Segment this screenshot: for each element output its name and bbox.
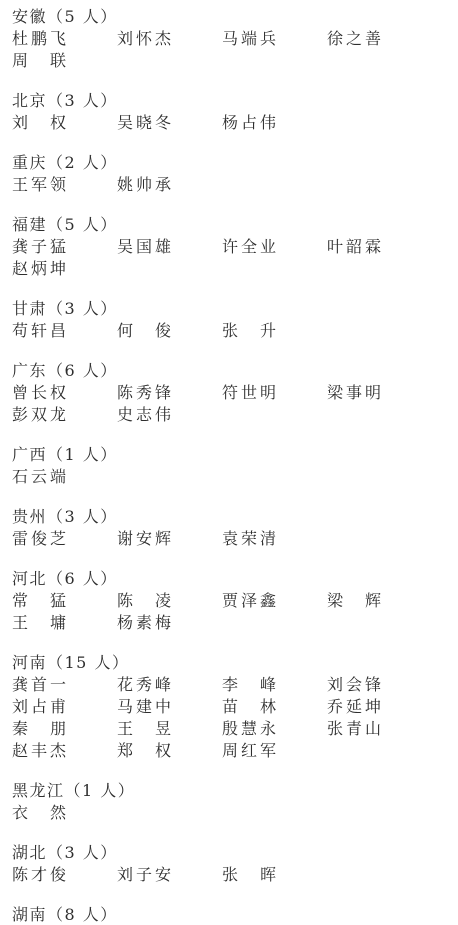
member-name: 龚子猛	[12, 236, 66, 258]
member-name: 陈秀锋	[117, 382, 171, 404]
name-character: 徐	[327, 28, 343, 50]
name-character: 刘	[12, 696, 28, 718]
member-name: 李峰	[222, 674, 276, 696]
name-character: 猛	[50, 236, 66, 258]
name-cell: 杜鹏飞	[12, 28, 117, 50]
name-character: 昌	[50, 320, 66, 342]
member-name: 贾泽鑫	[222, 590, 276, 612]
name-character: 龚	[12, 236, 28, 258]
member-name: 吴国雄	[117, 236, 171, 258]
member-name: 刘子安	[117, 864, 171, 886]
name-character: 锋	[365, 674, 381, 696]
name-cell: 郑权	[117, 740, 222, 762]
member-name: 王军领	[12, 174, 66, 196]
name-cell: 史志伟	[117, 404, 222, 426]
name-cell: 陈凌	[117, 590, 222, 612]
member-name: 郑权	[117, 740, 171, 762]
name-row: 龚子猛吴国雄许全业叶韶霖	[12, 236, 458, 258]
name-character: 善	[365, 28, 381, 50]
name-character: 乔	[327, 696, 343, 718]
name-character: 张	[327, 718, 343, 740]
province-block: 广东（6 人）曾长权陈秀锋符世明梁事明彭双龙史志伟	[12, 360, 458, 426]
name-character: 赵	[12, 258, 28, 280]
name-character: 一	[50, 674, 66, 696]
member-name: 赵炳坤	[12, 258, 66, 280]
name-character: 荣	[241, 528, 257, 550]
name-cell: 何俊	[117, 320, 222, 342]
name-cell: 吴晓冬	[117, 112, 222, 134]
name-character: 龚	[12, 674, 28, 696]
name-character: 秀	[136, 382, 152, 404]
name-character: 鹏	[31, 28, 47, 50]
name-character: 轩	[31, 320, 47, 342]
name-character: 安	[136, 528, 152, 550]
document-page: 安徽（5 人）杜鹏飞刘怀杰马端兵徐之善周联北京（3 人）刘权吴晓冬杨占伟重庆（2…	[0, 0, 458, 925]
name-character: 叶	[327, 236, 343, 258]
member-name: 吴晓冬	[117, 112, 171, 134]
name-character: 猛	[50, 590, 66, 612]
name-character: 李	[222, 674, 238, 696]
name-character: 事	[346, 382, 362, 404]
name-character: 永	[260, 718, 276, 740]
name-character: 坤	[365, 696, 381, 718]
name-character: 陈	[117, 590, 133, 612]
name-character: 昱	[155, 718, 171, 740]
name-cell: 刘占甫	[12, 696, 117, 718]
member-name: 史志伟	[117, 404, 171, 426]
name-character: 杨	[222, 112, 238, 134]
name-cell: 张升	[222, 320, 327, 342]
province-header: 安徽（5 人）	[12, 6, 458, 28]
name-character: 赵	[12, 740, 28, 762]
province-block: 重庆（2 人）王军领姚帅承	[12, 152, 458, 196]
member-name: 龚首一	[12, 674, 66, 696]
province-block: 广西（1 人）石云端	[12, 444, 458, 488]
member-name: 石云端	[12, 466, 66, 488]
name-character: 锋	[155, 382, 171, 404]
member-name: 王墉	[12, 612, 66, 634]
name-cell: 谢安辉	[117, 528, 222, 550]
name-character: 占	[31, 696, 47, 718]
name-character: 山	[365, 718, 381, 740]
name-cell: 周红军	[222, 740, 327, 762]
name-row: 曾长权陈秀锋符世明梁事明	[12, 382, 458, 404]
member-name: 曾长权	[12, 382, 66, 404]
name-character: 飞	[50, 28, 66, 50]
name-cell: 吴国雄	[117, 236, 222, 258]
member-name: 杨素梅	[117, 612, 171, 634]
member-name: 刘占甫	[12, 696, 66, 718]
name-row: 赵丰杰郑权周红军	[12, 740, 458, 762]
name-character: 领	[50, 174, 66, 196]
province-block: 河北（6 人）常猛陈凌贾泽鑫梁辉王墉杨素梅	[12, 568, 458, 634]
province-block: 湖南（8 人）	[12, 904, 458, 925]
name-character: 雄	[155, 236, 171, 258]
name-character: 刘	[327, 674, 343, 696]
name-character: 袁	[222, 528, 238, 550]
name-character: 丰	[31, 740, 47, 762]
name-character: 杜	[12, 28, 28, 50]
name-character: 伟	[260, 112, 276, 134]
province-block: 湖北（3 人）陈才俊刘子安张晖	[12, 842, 458, 886]
province-header: 黑龙江（1 人）	[12, 780, 458, 802]
name-character: 俊	[50, 864, 66, 886]
member-name: 符世明	[222, 382, 276, 404]
name-character: 云	[31, 466, 47, 488]
member-name: 张青山	[327, 718, 381, 740]
name-row: 陈才俊刘子安张晖	[12, 864, 458, 886]
name-character: 然	[50, 802, 66, 824]
name-cell: 贾泽鑫	[222, 590, 327, 612]
name-cell: 马建中	[117, 696, 222, 718]
name-cell: 陈秀锋	[117, 382, 222, 404]
name-cell: 陈才俊	[12, 864, 117, 886]
name-character: 王	[117, 718, 133, 740]
name-character: 王	[12, 174, 28, 196]
name-character: 怀	[136, 28, 152, 50]
province-header: 湖南（8 人）	[12, 904, 458, 925]
member-name: 刘会锋	[327, 674, 381, 696]
member-name: 赵丰杰	[12, 740, 66, 762]
name-character: 张	[222, 320, 238, 342]
name-character: 权	[50, 382, 66, 404]
name-row: 周联	[12, 50, 458, 72]
name-row: 赵炳坤	[12, 258, 458, 280]
province-header: 北京（3 人）	[12, 90, 458, 112]
member-name: 陈凌	[117, 590, 171, 612]
member-name: 乔延坤	[327, 696, 381, 718]
name-character: 朋	[50, 718, 66, 740]
name-cell: 刘子安	[117, 864, 222, 886]
province-header: 甘肃（3 人）	[12, 298, 458, 320]
name-row: 苟轩昌何俊张升	[12, 320, 458, 342]
name-character: 晖	[260, 864, 276, 886]
name-cell: 叶韶霖	[327, 236, 432, 258]
name-character: 慧	[241, 718, 257, 740]
name-character: 姚	[117, 174, 133, 196]
province-block: 福建（5 人）龚子猛吴国雄许全业叶韶霖赵炳坤	[12, 214, 458, 280]
member-name: 殷慧永	[222, 718, 276, 740]
name-character: 梁	[327, 382, 343, 404]
name-character: 安	[155, 864, 171, 886]
name-character: 周	[12, 50, 28, 72]
name-cell: 姚帅承	[117, 174, 222, 196]
name-character: 子	[136, 864, 152, 886]
name-character: 权	[155, 740, 171, 762]
name-cell: 张晖	[222, 864, 327, 886]
name-character: 殷	[222, 718, 238, 740]
name-character: 兵	[260, 28, 276, 50]
name-cell: 杨占伟	[222, 112, 327, 134]
name-character: 全	[241, 236, 257, 258]
name-character: 明	[260, 382, 276, 404]
name-cell: 刘权	[12, 112, 117, 134]
name-row: 彭双龙史志伟	[12, 404, 458, 426]
name-character: 吴	[117, 112, 133, 134]
name-character: 梁	[327, 590, 343, 612]
name-character: 志	[136, 404, 152, 426]
name-cell: 赵炳坤	[12, 258, 117, 280]
name-character: 端	[241, 28, 257, 50]
name-character: 双	[31, 404, 47, 426]
name-character: 延	[346, 696, 362, 718]
province-block: 黑龙江（1 人）衣然	[12, 780, 458, 824]
name-character: 刘	[12, 112, 28, 134]
name-character: 张	[222, 864, 238, 886]
province-header: 重庆（2 人）	[12, 152, 458, 174]
name-character: 俊	[155, 320, 171, 342]
name-cell: 秦朋	[12, 718, 117, 740]
member-name: 杜鹏飞	[12, 28, 66, 50]
name-character: 国	[136, 236, 152, 258]
province-header: 河南（15 人）	[12, 652, 458, 674]
name-character: 雷	[12, 528, 28, 550]
province-block: 甘肃（3 人）苟轩昌何俊张升	[12, 298, 458, 342]
name-character: 史	[117, 404, 133, 426]
name-row: 雷俊芝谢安辉袁荣清	[12, 528, 458, 550]
name-character: 承	[155, 174, 171, 196]
name-character: 秦	[12, 718, 28, 740]
name-character: 石	[12, 466, 28, 488]
name-character: 帅	[136, 174, 152, 196]
name-cell: 刘会锋	[327, 674, 432, 696]
name-character: 霖	[365, 236, 381, 258]
name-cell: 衣然	[12, 802, 117, 824]
name-character: 郑	[117, 740, 133, 762]
name-cell: 龚首一	[12, 674, 117, 696]
name-character: 谢	[117, 528, 133, 550]
name-cell: 苗林	[222, 696, 327, 718]
province-header: 河北（6 人）	[12, 568, 458, 590]
province-header: 贵州（3 人）	[12, 506, 458, 528]
name-character: 子	[31, 236, 47, 258]
name-character: 权	[50, 112, 66, 134]
name-character: 杰	[50, 740, 66, 762]
name-character: 泽	[241, 590, 257, 612]
name-character: 许	[222, 236, 238, 258]
name-character: 才	[31, 864, 47, 886]
name-row: 石云端	[12, 466, 458, 488]
member-name: 常猛	[12, 590, 66, 612]
name-row: 衣然	[12, 802, 458, 824]
name-character: 王	[12, 612, 28, 634]
member-name: 张升	[222, 320, 276, 342]
province-header: 湖北（3 人）	[12, 842, 458, 864]
name-cell: 雷俊芝	[12, 528, 117, 550]
name-character: 周	[222, 740, 238, 762]
name-character: 花	[117, 674, 133, 696]
name-row: 王墉杨素梅	[12, 612, 458, 634]
name-cell: 张青山	[327, 718, 432, 740]
name-character: 炳	[31, 258, 47, 280]
name-cell: 梁辉	[327, 590, 432, 612]
name-character: 凌	[155, 590, 171, 612]
name-row: 刘权吴晓冬杨占伟	[12, 112, 458, 134]
name-cell: 李峰	[222, 674, 327, 696]
name-cell: 王昱	[117, 718, 222, 740]
name-character: 军	[260, 740, 276, 762]
name-row: 龚首一花秀峰李峰刘会锋	[12, 674, 458, 696]
province-header: 福建（5 人）	[12, 214, 458, 236]
name-character: 贾	[222, 590, 238, 612]
name-character: 素	[136, 612, 152, 634]
name-character: 彭	[12, 404, 28, 426]
name-character: 马	[117, 696, 133, 718]
name-character: 晓	[136, 112, 152, 134]
name-character: 吴	[117, 236, 133, 258]
member-name: 梁事明	[327, 382, 381, 404]
name-character: 龙	[50, 404, 66, 426]
name-row: 杜鹏飞刘怀杰马端兵徐之善	[12, 28, 458, 50]
province-block: 河南（15 人）龚首一花秀峰李峰刘会锋刘占甫马建中苗林乔延坤秦朋王昱殷慧永张青山…	[12, 652, 458, 762]
member-name: 王昱	[117, 718, 171, 740]
member-name: 谢安辉	[117, 528, 171, 550]
name-cell: 龚子猛	[12, 236, 117, 258]
name-cell: 乔延坤	[327, 696, 432, 718]
member-name: 叶韶霖	[327, 236, 381, 258]
name-character: 峰	[155, 674, 171, 696]
name-cell: 周联	[12, 50, 117, 72]
name-character: 清	[260, 528, 276, 550]
name-cell: 梁事明	[327, 382, 432, 404]
member-name: 陈才俊	[12, 864, 66, 886]
name-character: 青	[346, 718, 362, 740]
name-character: 峰	[260, 674, 276, 696]
member-name: 马端兵	[222, 28, 276, 50]
member-name: 张晖	[222, 864, 276, 886]
name-row: 刘占甫马建中苗林乔延坤	[12, 696, 458, 718]
name-cell: 王墉	[12, 612, 117, 634]
name-character: 俊	[31, 528, 47, 550]
name-character: 苟	[12, 320, 28, 342]
name-cell: 许全业	[222, 236, 327, 258]
name-cell: 殷慧永	[222, 718, 327, 740]
member-name: 徐之善	[327, 28, 381, 50]
name-cell: 苟轩昌	[12, 320, 117, 342]
name-cell: 袁荣清	[222, 528, 327, 550]
name-character: 业	[260, 236, 276, 258]
name-character: 冬	[155, 112, 171, 134]
name-row: 常猛陈凌贾泽鑫梁辉	[12, 590, 458, 612]
name-cell: 曾长权	[12, 382, 117, 404]
name-character: 梅	[155, 612, 171, 634]
name-cell: 刘怀杰	[117, 28, 222, 50]
name-character: 红	[241, 740, 257, 762]
name-cell: 符世明	[222, 382, 327, 404]
province-header: 广东（6 人）	[12, 360, 458, 382]
member-name: 周红军	[222, 740, 276, 762]
name-cell: 常猛	[12, 590, 117, 612]
name-cell: 赵丰杰	[12, 740, 117, 762]
member-name: 彭双龙	[12, 404, 66, 426]
member-name: 花秀峰	[117, 674, 171, 696]
name-character: 曾	[12, 382, 28, 404]
name-character: 衣	[12, 802, 28, 824]
member-name: 苗林	[222, 696, 276, 718]
name-character: 之	[346, 28, 362, 50]
member-name: 梁辉	[327, 590, 381, 612]
name-cell: 石云端	[12, 466, 117, 488]
name-character: 长	[31, 382, 47, 404]
name-character: 芝	[50, 528, 66, 550]
name-character: 中	[155, 696, 171, 718]
name-cell: 杨素梅	[117, 612, 222, 634]
name-character: 会	[346, 674, 362, 696]
name-character: 符	[222, 382, 238, 404]
name-character: 韶	[346, 236, 362, 258]
member-name: 姚帅承	[117, 174, 171, 196]
name-cell: 马端兵	[222, 28, 327, 50]
name-character: 端	[50, 466, 66, 488]
name-character: 明	[365, 382, 381, 404]
name-character: 辉	[155, 528, 171, 550]
member-name: 杨占伟	[222, 112, 276, 134]
name-character: 鑫	[260, 590, 276, 612]
province-header: 广西（1 人）	[12, 444, 458, 466]
member-name: 刘怀杰	[117, 28, 171, 50]
name-character: 墉	[50, 612, 66, 634]
member-name: 衣然	[12, 802, 66, 824]
name-character: 联	[50, 50, 66, 72]
name-character: 刘	[117, 864, 133, 886]
member-name: 周联	[12, 50, 66, 72]
member-name: 袁荣清	[222, 528, 276, 550]
name-character: 陈	[117, 382, 133, 404]
name-cell: 王军领	[12, 174, 117, 196]
name-character: 马	[222, 28, 238, 50]
member-name: 何俊	[117, 320, 171, 342]
member-name: 秦朋	[12, 718, 66, 740]
province-block: 安徽（5 人）杜鹏飞刘怀杰马端兵徐之善周联	[12, 6, 458, 72]
name-character: 坤	[50, 258, 66, 280]
name-character: 首	[31, 674, 47, 696]
name-character: 升	[260, 320, 276, 342]
name-character: 何	[117, 320, 133, 342]
name-character: 甫	[50, 696, 66, 718]
member-name: 苟轩昌	[12, 320, 66, 342]
member-name: 马建中	[117, 696, 171, 718]
name-character: 辉	[365, 590, 381, 612]
name-character: 建	[136, 696, 152, 718]
name-character: 林	[260, 696, 276, 718]
member-name: 雷俊芝	[12, 528, 66, 550]
name-character: 刘	[117, 28, 133, 50]
name-character: 陈	[12, 864, 28, 886]
name-cell: 花秀峰	[117, 674, 222, 696]
name-character: 杨	[117, 612, 133, 634]
province-block: 北京（3 人）刘权吴晓冬杨占伟	[12, 90, 458, 134]
name-character: 秀	[136, 674, 152, 696]
name-character: 世	[241, 382, 257, 404]
name-character: 占	[241, 112, 257, 134]
name-character: 杰	[155, 28, 171, 50]
name-row: 秦朋王昱殷慧永张青山	[12, 718, 458, 740]
name-row: 王军领姚帅承	[12, 174, 458, 196]
name-cell: 彭双龙	[12, 404, 117, 426]
member-name: 许全业	[222, 236, 276, 258]
name-cell: 徐之善	[327, 28, 432, 50]
province-list: 安徽（5 人）杜鹏飞刘怀杰马端兵徐之善周联北京（3 人）刘权吴晓冬杨占伟重庆（2…	[12, 6, 458, 925]
member-name: 刘权	[12, 112, 66, 134]
name-character: 常	[12, 590, 28, 612]
name-character: 军	[31, 174, 47, 196]
province-block: 贵州（3 人）雷俊芝谢安辉袁荣清	[12, 506, 458, 550]
name-character: 苗	[222, 696, 238, 718]
name-character: 伟	[155, 404, 171, 426]
